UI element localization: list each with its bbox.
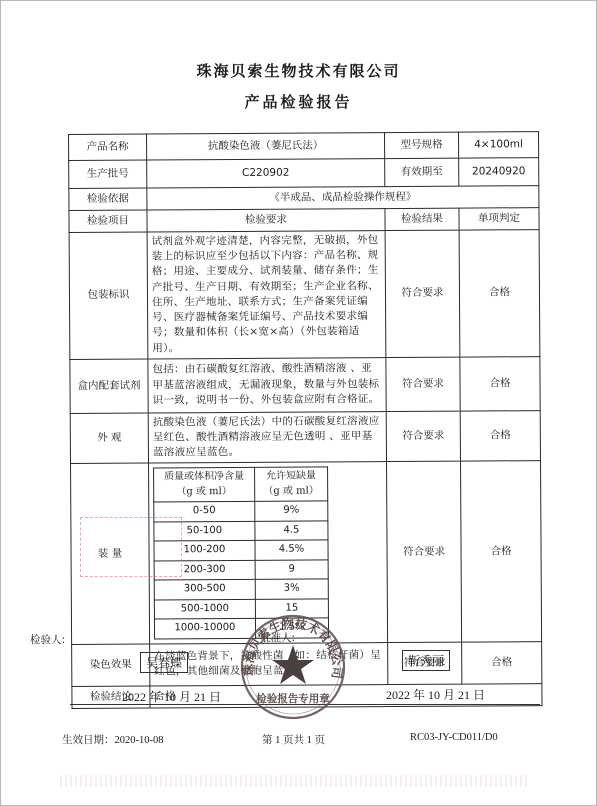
spec-label: 型号规格 xyxy=(384,132,458,158)
volume-table-row: 200-3009 xyxy=(154,560,328,581)
volume-range: 200-300 xyxy=(154,560,255,580)
scan-noise xyxy=(60,775,530,787)
company-seal: 珠海贝索生物技术有限公司 检验报告专用章 xyxy=(238,612,348,722)
volume-header-content: 质量或体积净含量 （g 或 ml） xyxy=(154,468,255,503)
req-appearance: 抗酸染色液（萋尼氏法）中的石碳酸复红溶液应呈红色、酸性酒精溶液应呈无色透明 、亚… xyxy=(148,411,386,463)
batch-row: 生产批号 C220902 有效期至 20240920 xyxy=(69,158,539,189)
volume-table-row: 50-1004.5 xyxy=(154,521,328,542)
product-name-label: 产品名称 xyxy=(69,134,147,160)
basis-value: 《半成品、成品检验操作规程》 xyxy=(147,186,539,210)
volume-header-shortage: 允许短缺量 （g 或 ml） xyxy=(254,467,327,501)
expiry-value: 20240920 xyxy=(459,158,539,186)
row-packaging: 包装标识 试剂盒外观字迹清楚，内容完整，无破损，外包装上的标识应至少包括以下内容… xyxy=(69,230,540,360)
footer-page: 第 1 页共 1 页 xyxy=(262,732,325,747)
col-judgement: 单项判定 xyxy=(459,208,539,230)
volume-range: 300-500 xyxy=(154,580,255,600)
volume-table-row: 300-5003% xyxy=(154,579,328,600)
allowed-shortage: 4.5 xyxy=(255,521,328,541)
volume-table-row: 100-2004.5% xyxy=(154,540,328,561)
allowed-shortage: 9% xyxy=(255,501,328,521)
inspector-name: 吴春蝶 xyxy=(140,652,188,673)
star-icon xyxy=(272,645,314,684)
item-appearance: 外 观 xyxy=(70,413,148,464)
result-volume: 符合要求 xyxy=(387,462,462,643)
allowed-shortage: 3% xyxy=(255,579,328,599)
item-packaging: 包装标识 xyxy=(69,232,148,359)
req-kit-reagents: 包括：由石碳酸复红溶液、酸性酒精溶液 、亚甲基蓝溶液组成，无漏液现象，数量与外包… xyxy=(148,357,386,412)
company-name: 珠海贝索生物技术有限公司 xyxy=(0,60,597,81)
product-name-value: 抗酸染色液（萋尼氏法） xyxy=(147,133,385,160)
result-packaging: 符合要求 xyxy=(385,230,460,357)
expiry-label: 有效期至 xyxy=(385,158,459,186)
row-kit-reagents: 盒内配套试剂 包括：由石碳酸复红溶液、酸性酒精溶液 、亚甲基蓝溶液组成，无漏液现… xyxy=(70,356,540,413)
basis-row: 检验依据 《半成品、成品检验操作规程》 xyxy=(69,186,539,211)
spec-value: 4×100ml xyxy=(458,132,538,158)
basis-label: 检验依据 xyxy=(69,188,147,210)
product-name-row: 产品名称 抗酸染色液（萋尼氏法） 型号规格 4×100ml xyxy=(69,132,539,161)
col-item: 检验项目 xyxy=(69,210,147,232)
svg-text:检验报告专用章: 检验报告专用章 xyxy=(256,692,330,705)
report-title: 产品检验报告 xyxy=(0,91,597,112)
inspector-date: 2022 年 10 月 21 日 xyxy=(122,688,221,705)
footer-doc-code: RC03-JY-CD011/D0 xyxy=(410,732,498,743)
volume-table-header: 质量或体积净含量 （g 或 ml） 允许短缺量 （g 或 ml） xyxy=(154,467,328,502)
volume-table-row: 0-509% xyxy=(154,501,328,522)
volume-range: 50-100 xyxy=(154,521,255,541)
judge-packaging: 合格 xyxy=(459,230,540,357)
column-header-row: 检验项目 检验要求 检验结果 单项判定 xyxy=(69,208,539,233)
batch-label: 生产批号 xyxy=(69,160,147,188)
result-kit-reagents: 符合要求 xyxy=(386,357,460,411)
allowed-shortage: 4.5% xyxy=(255,540,328,560)
inspector-label: 检验人: xyxy=(30,632,65,647)
approver-date: 2022 年 10 月 21 日 xyxy=(386,686,485,703)
judge-kit-reagents: 合格 xyxy=(460,356,540,410)
judge-appearance: 合格 xyxy=(460,410,540,461)
col-result: 检验结果 xyxy=(385,208,459,230)
item-volume: 装 量 xyxy=(71,463,150,644)
row-appearance: 外 观 抗酸染色液（萋尼氏法）中的石碳酸复红溶液应呈红色、酸性酒精溶液应呈无色透… xyxy=(70,410,540,464)
approver-name: 靳秀丽 xyxy=(402,650,450,671)
item-kit-reagents: 盒内配套试剂 xyxy=(70,359,148,413)
volume-range: 0-50 xyxy=(154,502,255,522)
req-packaging: 试剂盒外观字迹清楚，内容完整，无破损，外包装上的标识应至少包括以下内容：产品名称… xyxy=(147,231,386,359)
volume-range: 100-200 xyxy=(154,541,255,561)
result-appearance: 符合要求 xyxy=(386,411,460,462)
col-requirement: 检验要求 xyxy=(147,209,385,232)
judge-volume: 合格 xyxy=(461,461,542,642)
footer-effective-date: 生效日期：2020-10-08 xyxy=(62,732,164,747)
allowed-shortage: 9 xyxy=(255,560,328,580)
batch-value: C220902 xyxy=(147,159,385,188)
